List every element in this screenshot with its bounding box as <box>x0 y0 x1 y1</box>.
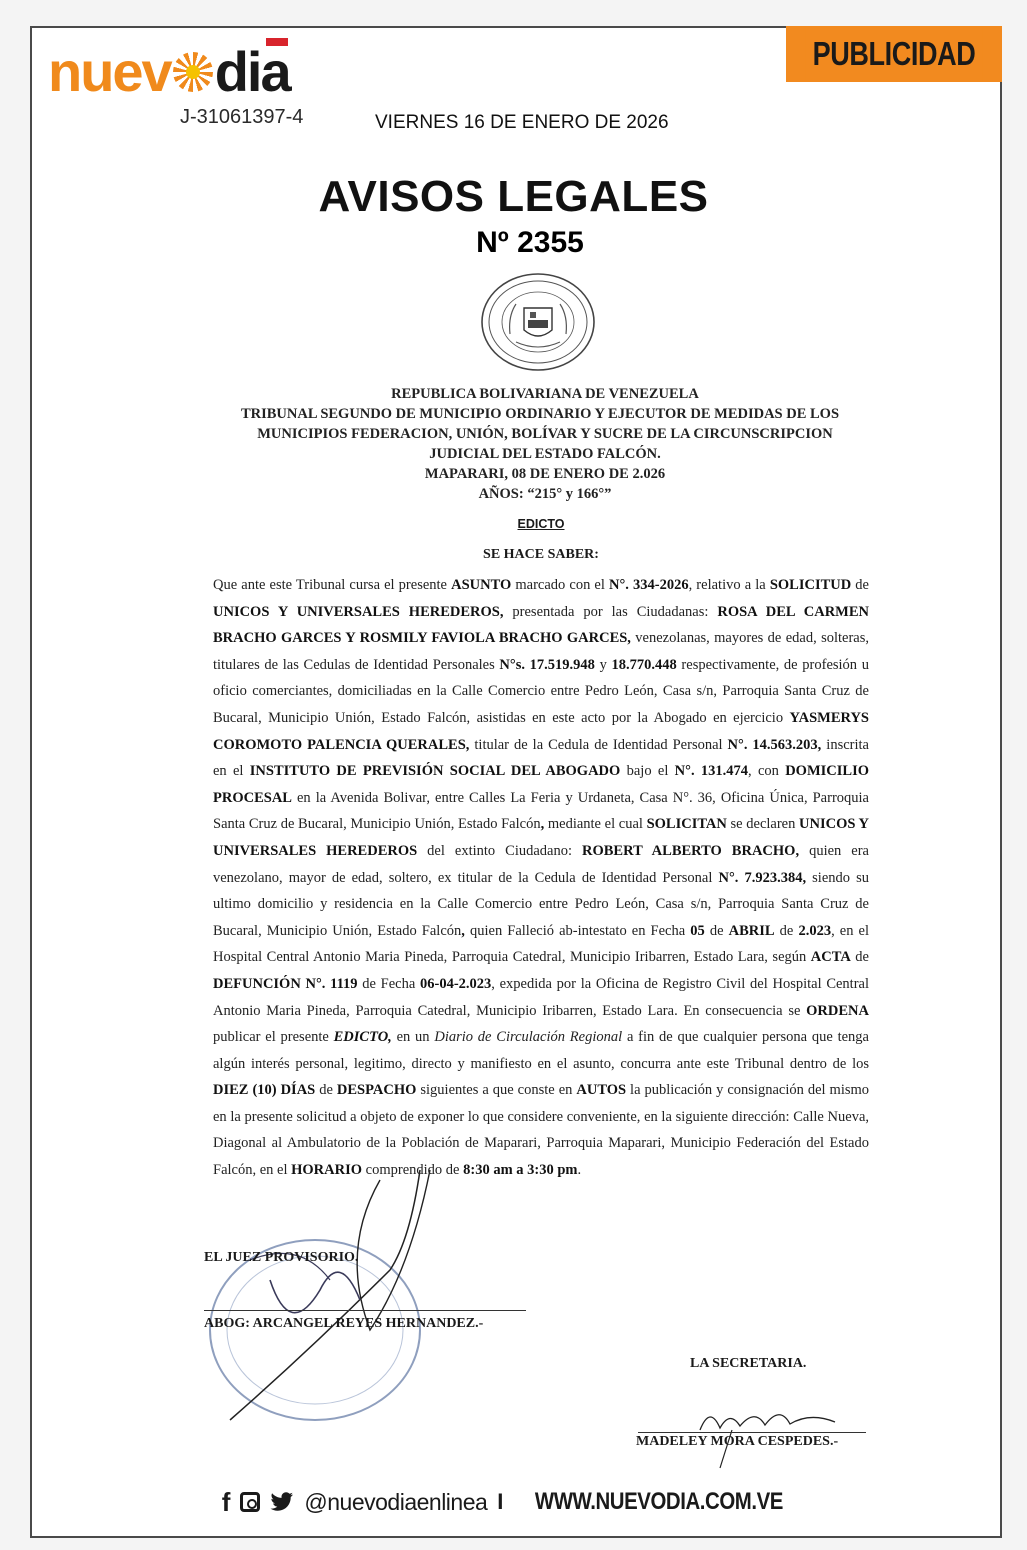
heading-line: REPUBLICA BOLIVARIANA DE VENEZUELA <box>210 384 880 404</box>
logo-accent <box>266 38 288 46</box>
instagram-icon[interactable] <box>240 1492 260 1512</box>
judge-name: ABOG: ARCANGEL REYES HERNANDEZ.- <box>204 1316 483 1332</box>
emphasis-text: EDICTO, <box>334 1029 392 1045</box>
emphasis-text: N°. 7.923.384, <box>718 870 806 886</box>
se-hace-saber: SE HACE SABER: <box>0 547 1027 563</box>
website-link[interactable]: WWW.NUEVODIA.COM.VE <box>535 1488 783 1516</box>
emphasis-text: SOLICITUD <box>770 577 851 593</box>
emphasis-text: INSTITUTO DE PREVISIÓN SOCIAL DEL ABOGAD… <box>250 763 621 779</box>
rif-number: J-31061397-4 <box>180 106 303 129</box>
emphasis-text: N°. 334-2026 <box>609 577 689 593</box>
heading-line: MUNICIPIOS FEDERACION, UNIÓN, BOLÍVAR Y … <box>210 424 880 444</box>
logo-text-dia-label: dia <box>215 40 290 103</box>
section-badge-label: PUBLICIDAD <box>805 26 982 82</box>
judge-title: EL JUEZ PROVISORIO. <box>204 1250 358 1266</box>
emphasis-text: 8:30 am a 3:30 pm <box>463 1162 577 1178</box>
emphasis-text: 06-04-2.023 <box>420 976 491 992</box>
logo-text-nuev: nuev <box>48 44 171 100</box>
emphasis-text: 18.770.448 <box>612 657 677 673</box>
emphasis-text: DESPACHO <box>337 1082 417 1098</box>
heading-line: AÑOS: “215° y 166°” <box>210 484 880 504</box>
emphasis-text: UNICOS Y UNIVERSALES HEREDEROS, <box>213 604 503 620</box>
emphasis-text: ASUNTO <box>451 577 511 593</box>
facebook-icon[interactable]: f <box>222 1487 231 1518</box>
emphasis-text: DEFUNCIÓN N°. 1119 <box>213 976 358 992</box>
footer: f @nuevodiaenlinea I WWW.NUEVODIA.COM.VE <box>0 1484 1027 1520</box>
secretary-signature-line <box>638 1432 866 1433</box>
emphasis-text: N°. 14.563.203, <box>728 737 822 753</box>
footer-separator: I <box>497 1489 503 1515</box>
emphasis-text: 05 <box>690 923 705 939</box>
secretary-name: MADELEY MORA CESPEDES.- <box>636 1434 838 1450</box>
emphasis-text: ROBERT ALBERTO BRACHO, <box>582 843 799 859</box>
emphasis-text: , <box>541 816 545 832</box>
section-badge: PUBLICIDAD <box>786 26 1002 82</box>
heading-line: JUDICIAL DEL ESTADO FALCÓN. <box>210 444 880 464</box>
court-heading: REPUBLICA BOLIVARIANA DE VENEZUELA TRIBU… <box>210 384 880 504</box>
edict-body: Que ante este Tribunal cursa el presente… <box>213 572 869 1184</box>
edicto-label: EDICTO <box>0 517 1027 531</box>
judge-signature-line <box>204 1310 526 1311</box>
heading-line: TRIBUNAL SEGUNDO DE MUNICIPIO ORDINARIO … <box>170 404 910 424</box>
emphasis-text: ORDENA <box>806 1003 869 1019</box>
page-title: AVISOS LEGALES <box>0 172 1027 222</box>
emphasis-text: N°s. 17.519.948 <box>499 657 594 673</box>
nuevodia-logo: nuev dia <box>48 44 290 100</box>
emphasis-text: DIEZ (10) DÍAS <box>213 1082 315 1098</box>
emphasis-text: N°. 131.474 <box>675 763 748 779</box>
twitter-icon[interactable] <box>270 1492 294 1512</box>
notice-number: Nº 2355 <box>0 226 1027 260</box>
emphasis-text: ABRIL <box>729 923 775 939</box>
social-handle[interactable]: @nuevodiaenlinea <box>304 1489 487 1516</box>
emphasis-text: SOLICITAN <box>647 816 727 832</box>
secretary-title: LA SECRETARIA. <box>690 1356 806 1372</box>
publication-date: VIERNES 16 DE ENERO DE 2026 <box>375 112 669 134</box>
emphasis-text: Diario de Circulación Regional <box>434 1029 622 1045</box>
logo-text-dia: dia <box>215 44 290 100</box>
sun-icon <box>173 52 213 92</box>
emphasis-text: ACTA <box>811 949 851 965</box>
heading-line: MAPARARI, 08 DE ENERO DE 2.026 <box>210 464 880 484</box>
emphasis-text: AUTOS <box>576 1082 626 1098</box>
emphasis-text: , <box>461 923 465 939</box>
coat-of-arms-seal-icon <box>480 272 596 372</box>
emphasis-text: HORARIO <box>291 1162 362 1178</box>
emphasis-text: 2.023 <box>798 923 831 939</box>
